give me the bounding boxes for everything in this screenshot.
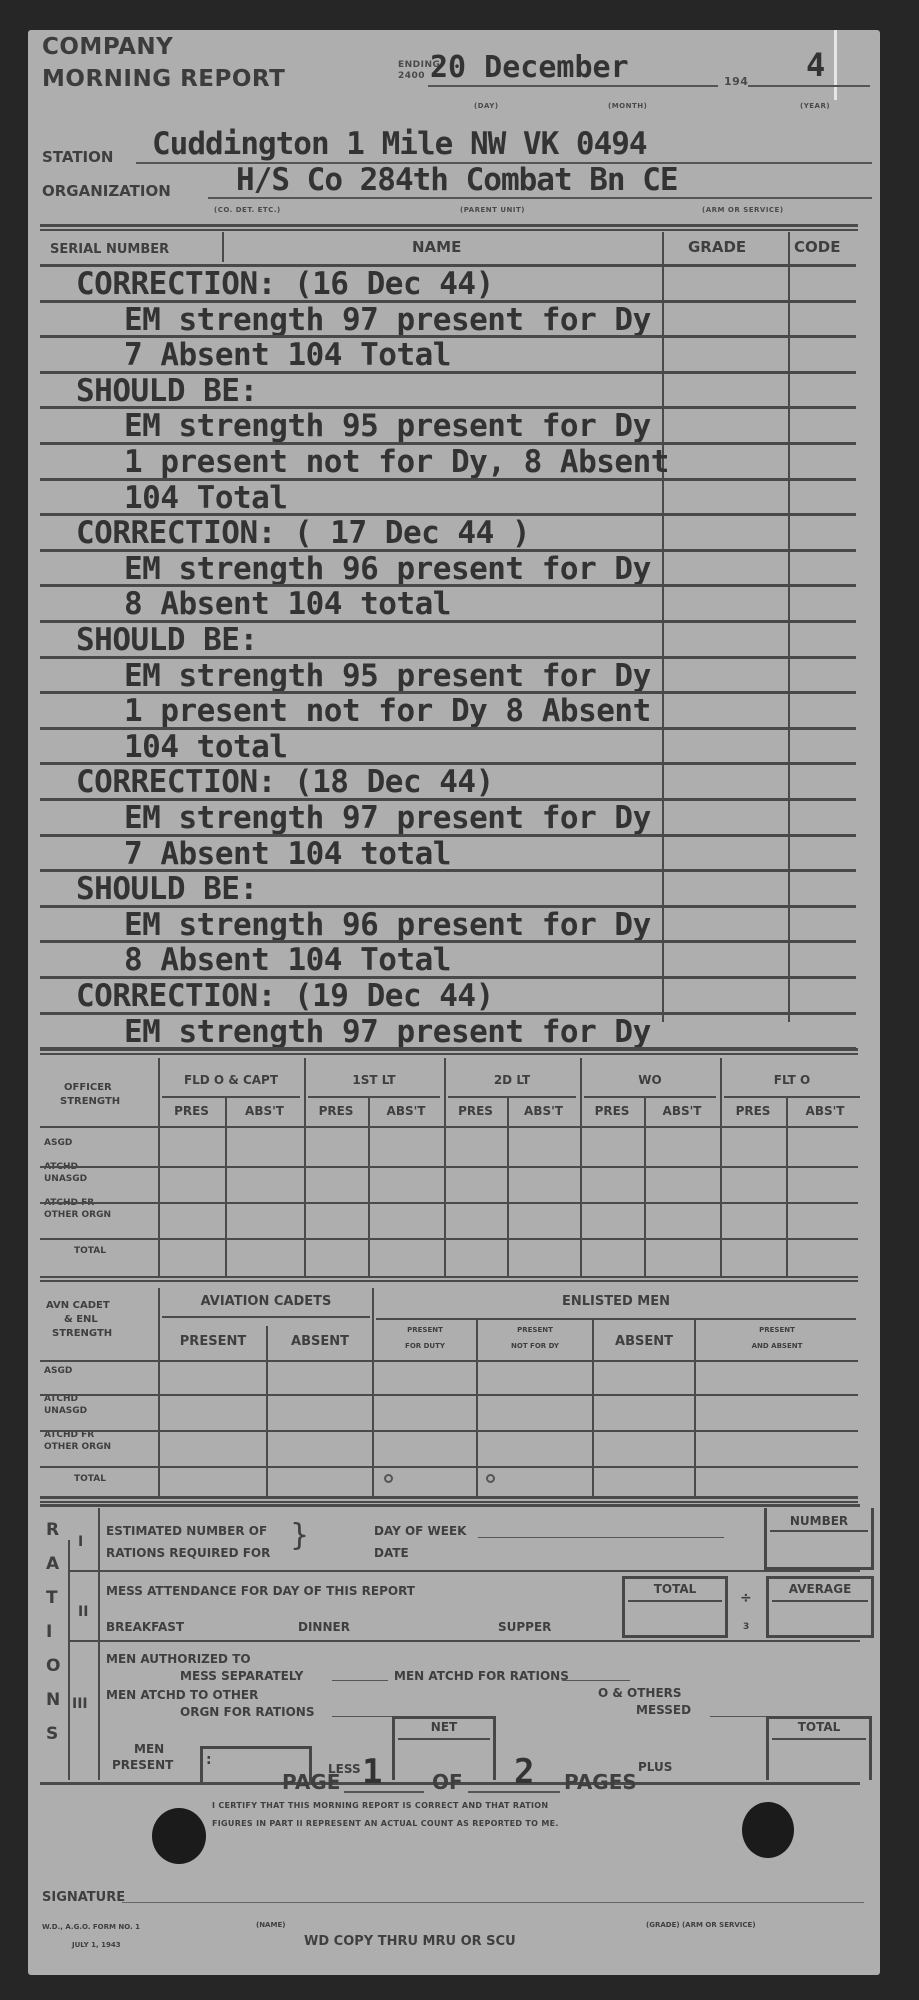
supper-label: SUPPER: [498, 1620, 551, 1634]
enlisted-cell[interactable]: [268, 1432, 372, 1466]
men-atchd-other-label-1: MEN ATCHD TO OTHER: [106, 1688, 258, 1702]
o-others-label-2: MESSED: [636, 1703, 691, 1717]
men-present-label-1: MEN: [134, 1742, 164, 1756]
enlisted-cell[interactable]: [478, 1432, 592, 1466]
rations-side-letter: A: [46, 1554, 59, 1574]
column-header-name: NAME: [412, 238, 461, 256]
enlisted-cell[interactable]: [268, 1468, 372, 1496]
officer-row-label: OTHER ORGN: [44, 1210, 111, 1220]
em-pnfd-header-2: NOT FOR DY: [478, 1342, 592, 1350]
officer-row-label: ASGD: [44, 1138, 72, 1148]
enlisted-cell[interactable]: [160, 1362, 266, 1394]
em-group-rule: [376, 1318, 856, 1320]
enlisted-cell[interactable]: [374, 1432, 476, 1466]
enlisted-row-label: UNASGD: [44, 1406, 87, 1416]
officer-cell-pres[interactable]: [722, 1204, 786, 1238]
caption-arm-service: (ARM OR SERVICE): [702, 206, 784, 214]
organization-label: ORGANIZATION: [42, 182, 171, 200]
officer-label-1: OFFICER: [64, 1082, 112, 1093]
entry-row-text[interactable]: SHOULD BE:: [76, 622, 258, 658]
enlisted-label-3: STRENGTH: [52, 1328, 112, 1339]
aviation-cadets-header: AVIATION CADETS: [160, 1294, 372, 1309]
enlisted-cell[interactable]: [696, 1468, 858, 1496]
entry-row-text[interactable]: 104 total: [124, 729, 287, 765]
of-label: OF: [432, 1770, 463, 1794]
officer-sub-header-abst: ABS'T: [507, 1104, 580, 1118]
officer-row-label: UNASGD: [44, 1174, 87, 1184]
date-underline: [428, 85, 718, 87]
officer-cell-abst[interactable]: [370, 1168, 444, 1202]
officer-sub-header-abst: ABS'T: [644, 1104, 720, 1118]
officer-cell-pres[interactable]: [306, 1128, 368, 1166]
officer-sub-header-pres: PRES: [580, 1104, 644, 1118]
enlisted-row-label: OTHER ORGN: [44, 1442, 111, 1452]
enlisted-cell[interactable]: [478, 1468, 592, 1496]
entry-row-text[interactable]: 7 Absent 104 Total: [124, 337, 451, 373]
officer-sub-header-pres: PRES: [158, 1104, 225, 1118]
entry-row-text[interactable]: CORRECTION: (18 Dec 44): [76, 764, 494, 800]
section-2-bottom-rule: [70, 1640, 860, 1642]
men-present-value: :: [206, 1752, 212, 1768]
average-box-rule: [772, 1600, 868, 1602]
signature-line[interactable]: [122, 1902, 864, 1903]
officer-sub-header-pres: PRES: [304, 1104, 368, 1118]
section-3-numeral: III: [72, 1696, 88, 1712]
enlisted-cell[interactable]: [594, 1396, 694, 1430]
organization-field[interactable]: H/S Co 284th Combat Bn CE: [236, 162, 678, 198]
grade-divider: [662, 232, 664, 1022]
officer-cell-abst[interactable]: [370, 1240, 444, 1276]
year-underline: [748, 85, 870, 87]
total-mark-present-not-for-dy: [486, 1474, 495, 1483]
officer-cell-pres[interactable]: [306, 1240, 368, 1276]
rations-side-letter: O: [46, 1656, 60, 1676]
em-pa-header-2: AND ABSENT: [696, 1342, 858, 1350]
officer-top-rule: [40, 1048, 858, 1051]
officer-cell-pres[interactable]: [722, 1128, 786, 1166]
officer-cell-pres[interactable]: [446, 1240, 507, 1276]
punch-hole-left: [152, 1808, 206, 1864]
entry-row-text[interactable]: 7 Absent 104 total: [124, 836, 451, 872]
caption-grade-arm: (GRADE) (ARM OR SERVICE): [646, 1921, 756, 1929]
entry-row-text[interactable]: 1 present not for Dy, 8 Absent: [124, 444, 669, 480]
enlisted-cell[interactable]: [594, 1362, 694, 1394]
officer-group-rule: [308, 1096, 440, 1098]
enlisted-cell[interactable]: [160, 1432, 266, 1466]
page-underline: [344, 1791, 424, 1793]
officer-cell-abst[interactable]: [227, 1128, 304, 1166]
entry-row-text[interactable]: EM strength 95 present for Dy: [124, 658, 651, 694]
officer-sub-header-abst: ABS'T: [225, 1104, 304, 1118]
men-atchd-rations-field[interactable]: [562, 1680, 630, 1681]
net-box-rule: [398, 1738, 490, 1740]
officer-cell-pres[interactable]: [582, 1128, 644, 1166]
pages-label: PAGES: [564, 1770, 637, 1794]
enlisted-cell[interactable]: [268, 1396, 372, 1430]
form-title-morning-report: MORNING REPORT: [42, 66, 285, 92]
signature-label: SIGNATURE: [42, 1890, 125, 1905]
grand-total-box-rule: [772, 1738, 866, 1740]
officer-cell-abst[interactable]: [370, 1128, 444, 1166]
divisor-value: 3: [743, 1622, 749, 1632]
enlisted-top-rule: [40, 1280, 858, 1282]
officer-cell-abst[interactable]: [788, 1128, 864, 1166]
officer-cell-pres[interactable]: [722, 1168, 786, 1202]
officer-sub-header-pres: PRES: [444, 1104, 507, 1118]
report-year-field[interactable]: 4: [806, 46, 825, 84]
rations-side-divider: [68, 1540, 70, 1780]
officer-sub-header-pres: PRES: [720, 1104, 786, 1118]
entry-row-text[interactable]: EM strength 95 present for Dy: [124, 408, 651, 444]
caption-year: (YEAR): [800, 102, 830, 110]
enlisted-label-1: AVN CADET: [46, 1300, 110, 1311]
organization-underline: [208, 197, 872, 199]
entry-row-text[interactable]: CORRECTION: ( 17 Dec 44 ): [76, 515, 530, 551]
form-date: JULY 1, 1943: [72, 1941, 121, 1949]
enlisted-cell[interactable]: [478, 1362, 592, 1394]
men-present-label-2: PRESENT: [112, 1758, 173, 1772]
officer-cell-pres[interactable]: [306, 1204, 368, 1238]
net-label: NET: [392, 1720, 496, 1734]
rations-side-letter: R: [46, 1520, 59, 1540]
routing-instruction: WD COPY THRU MRU OR SCU: [304, 1934, 516, 1949]
entry-row-text[interactable]: EM strength 96 present for Dy: [124, 907, 651, 943]
cadet-group-rule: [162, 1316, 370, 1318]
page-number-field[interactable]: 1: [362, 1752, 382, 1792]
cadet-present-header: PRESENT: [160, 1334, 266, 1349]
officer-cell-abst[interactable]: [788, 1240, 864, 1276]
entry-row-text[interactable]: 8 Absent 104 Total: [124, 942, 451, 978]
entry-row-text[interactable]: 8 Absent 104 total: [124, 586, 451, 622]
station-label: STATION: [42, 148, 113, 166]
officer-row-label: TOTAL: [74, 1246, 106, 1256]
report-date-field[interactable]: 20 December: [430, 50, 629, 85]
enlisted-cell[interactable]: [696, 1396, 858, 1430]
rations-side-letter: S: [46, 1724, 58, 1744]
entry-row-text[interactable]: CORRECTION: (19 Dec 44): [76, 978, 494, 1014]
officer-group-header: WO: [580, 1073, 720, 1087]
em-pa-header-1: PRESENT: [696, 1326, 858, 1334]
section-1-numeral: I: [78, 1534, 83, 1550]
of-underline: [468, 1791, 560, 1793]
entry-row-text[interactable]: EM strength 96 present for Dy: [124, 551, 651, 587]
officer-cell-pres[interactable]: [582, 1204, 644, 1238]
entry-row-text[interactable]: 1 present not for Dy 8 Absent: [124, 693, 651, 729]
divide-icon: ÷: [740, 1590, 752, 1606]
men-atchd-other-label-2: ORGN FOR RATIONS: [180, 1705, 314, 1719]
officer-sub-header-abst: ABS'T: [368, 1104, 444, 1118]
officer-cell-pres[interactable]: [582, 1168, 644, 1202]
year-prefix: 194: [724, 75, 748, 88]
enlisted-row-label: ASGD: [44, 1366, 72, 1376]
enlisted-cell[interactable]: [696, 1432, 858, 1466]
mess-attendance-label: MESS ATTENDANCE FOR DAY OF THIS REPORT: [106, 1584, 415, 1598]
enlisted-cell[interactable]: [696, 1362, 858, 1394]
enlisted-cell[interactable]: [594, 1432, 694, 1466]
caption-name: (NAME): [256, 1921, 285, 1929]
officer-bottom-rule: [40, 1276, 858, 1278]
entry-row-text[interactable]: EM strength 97 present for Dy: [124, 800, 651, 836]
enlisted-cell[interactable]: [374, 1362, 476, 1394]
column-header-code: CODE: [794, 238, 840, 256]
officer-cell-abst[interactable]: [509, 1128, 580, 1166]
rations-top-rule: [40, 1504, 860, 1507]
officer-cell-abst[interactable]: [370, 1204, 444, 1238]
section-2-numeral: II: [78, 1604, 88, 1620]
brace-icon: }: [290, 1518, 309, 1553]
officer-cell-abst[interactable]: [646, 1128, 720, 1166]
officer-cell-abst[interactable]: [646, 1168, 720, 1202]
total-box-rule: [628, 1600, 722, 1602]
officer-cell-abst[interactable]: [227, 1204, 304, 1238]
day-of-week-field[interactable]: [478, 1537, 724, 1538]
em-pnfd-header-1: PRESENT: [478, 1326, 592, 1334]
officer-group-rule: [724, 1096, 860, 1098]
date-label: DATE: [374, 1546, 409, 1560]
certification-line-2: FIGURES IN PART II REPRESENT AN ACTUAL C…: [212, 1819, 559, 1828]
page-total-field[interactable]: 2: [514, 1752, 534, 1792]
officer-cell-abst[interactable]: [227, 1240, 304, 1276]
form-title-company: COMPANY: [42, 34, 173, 60]
officer-group-header: FLD O & CAPT: [158, 1073, 304, 1087]
o-others-label-1: O & OTHERS: [598, 1686, 682, 1700]
mess-separately-field[interactable]: [332, 1680, 388, 1681]
rations-estimated-label-1: ESTIMATED NUMBER OF: [106, 1524, 267, 1538]
ending-time-label: 2400: [398, 71, 425, 81]
enlisted-cell[interactable]: [268, 1362, 372, 1394]
table-top-rule-2: [40, 229, 858, 231]
certification-line-1: I CERTIFY THAT THIS MORNING REPORT IS CO…: [212, 1801, 548, 1810]
entry-row-text[interactable]: CORRECTION: (16 Dec 44): [76, 266, 494, 302]
caption-day: (DAY): [474, 102, 499, 110]
men-authorized-label-2: MESS SEPARATELY: [180, 1669, 303, 1683]
enlisted-cell[interactable]: [160, 1396, 266, 1430]
officer-group-header: 1ST LT: [304, 1073, 444, 1087]
enlisted-men-header: ENLISTED MEN: [374, 1294, 858, 1309]
enlisted-cell[interactable]: [594, 1468, 694, 1496]
officer-group-header: 2D LT: [444, 1073, 580, 1087]
officer-cell-pres[interactable]: [160, 1128, 225, 1166]
total-mark-present-for-duty: [384, 1474, 393, 1483]
rations-side-letter: N: [46, 1690, 60, 1710]
caption-month: (MONTH): [608, 102, 647, 110]
table-top-rule: [40, 224, 858, 227]
officer-cell-pres[interactable]: [446, 1204, 507, 1238]
men-atchd-other-field[interactable]: [332, 1716, 396, 1717]
officer-cell-abst[interactable]: [227, 1168, 304, 1202]
day-of-week-label: DAY OF WEEK: [374, 1524, 466, 1538]
station-field[interactable]: Cuddington 1 Mile NW VK 0494: [152, 126, 647, 162]
cadet-absent-header: ABSENT: [268, 1334, 372, 1349]
dinner-label: DINNER: [298, 1620, 350, 1634]
rations-side-letter: T: [46, 1588, 58, 1608]
entry-row-text[interactable]: SHOULD BE:: [76, 373, 258, 409]
rations-estimated-label-2: RATIONS REQUIRED FOR: [106, 1546, 270, 1560]
total-label: TOTAL: [622, 1582, 728, 1596]
men-authorized-label-1: MEN AUTHORIZED TO: [106, 1652, 251, 1666]
entry-row-text[interactable]: EM strength 97 present for Dy: [124, 302, 651, 338]
officer-cell-pres[interactable]: [160, 1168, 225, 1202]
rations-side-letter: I: [46, 1622, 52, 1642]
officer-cell-pres[interactable]: [306, 1168, 368, 1202]
officer-group-rule: [448, 1096, 576, 1098]
morning-report-form: COMPANY MORNING REPORT ENDING 2400 20 De…: [28, 30, 880, 1975]
punch-hole-right: [742, 1802, 794, 1858]
enlisted-row-label: TOTAL: [74, 1474, 106, 1484]
officer-group-rule: [584, 1096, 716, 1098]
rations-num-divider: [98, 1508, 100, 1780]
serial-divider: [222, 232, 224, 262]
officer-cell-pres[interactable]: [446, 1128, 507, 1166]
caption-parent-unit: (PARENT UNIT): [460, 206, 525, 214]
enlisted-bottom-rule-2: [40, 1501, 858, 1503]
section-1-bottom-rule: [70, 1570, 860, 1572]
enlisted-cell[interactable]: [478, 1396, 592, 1430]
enlisted-bottom-rule: [40, 1496, 858, 1499]
officer-cell-abst[interactable]: [788, 1204, 864, 1238]
column-header-serial-number: SERIAL NUMBER: [50, 242, 169, 257]
average-label: AVERAGE: [766, 1582, 874, 1596]
code-divider: [788, 232, 790, 1022]
men-atchd-rations-label: MEN ATCHD FOR RATIONS: [394, 1669, 569, 1683]
column-header-grade: GRADE: [688, 238, 746, 256]
form-number: W.D., A.G.O. FORM NO. 1: [42, 1923, 140, 1931]
em-pfd-header-2: FOR DUTY: [374, 1342, 476, 1350]
officer-cell-abst[interactable]: [509, 1204, 580, 1238]
enlisted-cell[interactable]: [160, 1468, 266, 1496]
entry-row-text[interactable]: SHOULD BE:: [76, 871, 258, 907]
officer-cell-abst[interactable]: [646, 1240, 720, 1276]
em-absent-header: ABSENT: [594, 1334, 694, 1349]
officer-sub-header-abst: ABS'T: [786, 1104, 864, 1118]
em-pfd-header-1: PRESENT: [374, 1326, 476, 1334]
entry-row-text[interactable]: 104 Total: [124, 480, 287, 516]
officer-cell-pres[interactable]: [446, 1168, 507, 1202]
officer-group-rule: [162, 1096, 300, 1098]
caption-co-det: (CO. DET. ETC.): [214, 206, 281, 214]
number-label: NUMBER: [764, 1514, 874, 1528]
officer-top-rule-2: [40, 1053, 858, 1055]
breakfast-label: BREAKFAST: [106, 1620, 184, 1634]
grand-total-label: TOTAL: [766, 1720, 872, 1734]
number-box-rule: [770, 1530, 868, 1532]
officer-group-header: FLT O: [720, 1073, 864, 1087]
enlisted-label-2: & ENL: [64, 1314, 98, 1325]
officer-cell-abst[interactable]: [509, 1240, 580, 1276]
officer-cell-pres[interactable]: [582, 1240, 644, 1276]
officer-cell-abst[interactable]: [509, 1168, 580, 1202]
officer-cell-pres[interactable]: [722, 1240, 786, 1276]
officer-cell-abst[interactable]: [788, 1168, 864, 1202]
plus-label: PLUS: [638, 1760, 672, 1774]
officer-cell-abst[interactable]: [646, 1204, 720, 1238]
officer-label-2: STRENGTH: [60, 1096, 120, 1107]
page-label: PAGE: [282, 1770, 340, 1794]
officer-cell-pres[interactable]: [160, 1204, 225, 1238]
film-scratch: [834, 30, 837, 100]
entry-row-text[interactable]: EM strength 97 present for Dy: [124, 1014, 651, 1050]
enlisted-cell[interactable]: [374, 1396, 476, 1430]
officer-cell-pres[interactable]: [160, 1240, 225, 1276]
